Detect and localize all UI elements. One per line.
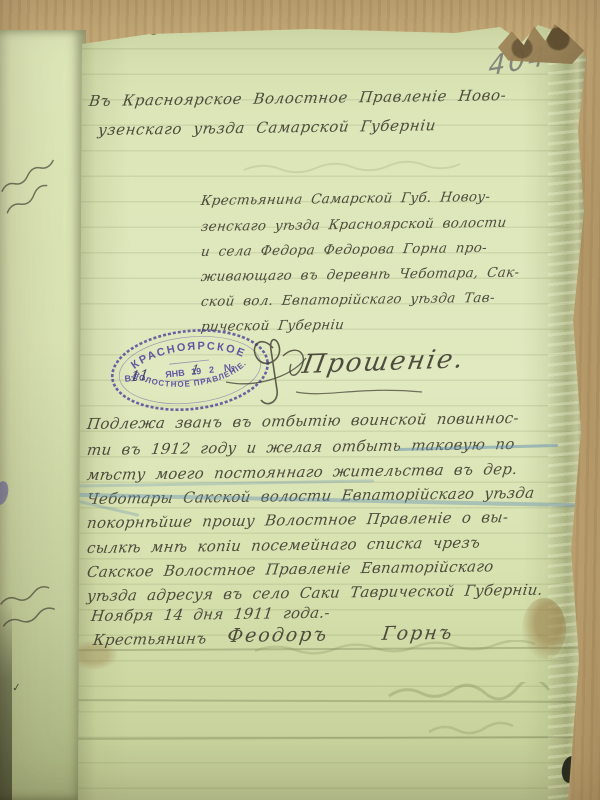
- body-line: сылкѣ мнѣ копіи посемейнаго списка чрезъ: [86, 533, 481, 557]
- body-line: уѣзда адресуя въ село Саки Таврической Г…: [86, 581, 544, 605]
- header-line: узенскаго уѣзда Самарской Губерніи: [97, 116, 437, 139]
- stamp-year-suffix: 2: [209, 365, 215, 375]
- stamp-month: ЯНВ: [165, 368, 186, 380]
- body-line: Сакское Волостное Правленіе Евпаторійска…: [86, 557, 495, 581]
- addressee-line: ской вол. Евпаторійскаго уѣзда Тав-: [200, 290, 496, 310]
- debris-speck: [150, 30, 157, 35]
- body-line: покорнѣйше прошу Волостное Правленіе о в…: [86, 508, 509, 532]
- addressee-line: Крестьянина Самарской Губ. Новоу-: [200, 189, 491, 209]
- document-page: 404 Въ Красноярское Волостное Правленіе …: [70, 24, 592, 800]
- bleedthrough-writing: [385, 682, 560, 706]
- binding-shadow: [0, 600, 12, 800]
- stamp-handwritten-day: 11: [130, 367, 150, 385]
- marginalia-fragment-top: [0, 147, 80, 234]
- date-line: Ноября 14 дня 1911 года.-: [90, 604, 331, 625]
- petition-title: Прошеніе.: [300, 344, 467, 380]
- bleedthrough-writing: [240, 158, 500, 178]
- addressee-line: зенскаго уѣзда Красноярской волости: [200, 215, 507, 235]
- archival-document-photo: ✓ 404 Въ Красноярское Волостное Правлені…: [0, 0, 600, 800]
- bleedthrough-writing: [425, 720, 530, 742]
- addressee-line: живающаго въ деревнѣ Чеботара, Сак-: [200, 265, 520, 285]
- header-line: Въ Красноярское Волостное Правленіе Ново…: [88, 86, 508, 110]
- signature-name: Феодоръ Горнъ: [226, 622, 455, 647]
- addressee-line: и села Федора Федорова Горна про-: [200, 240, 488, 260]
- title-underline-swash: [294, 384, 426, 398]
- stamp-rule: [169, 360, 209, 364]
- signature-prefix: Крестьянинъ: [92, 629, 208, 649]
- ink-speck: ✓: [12, 683, 23, 691]
- title-leading-swash: [222, 346, 312, 388]
- debris-speck: [96, 33, 106, 39]
